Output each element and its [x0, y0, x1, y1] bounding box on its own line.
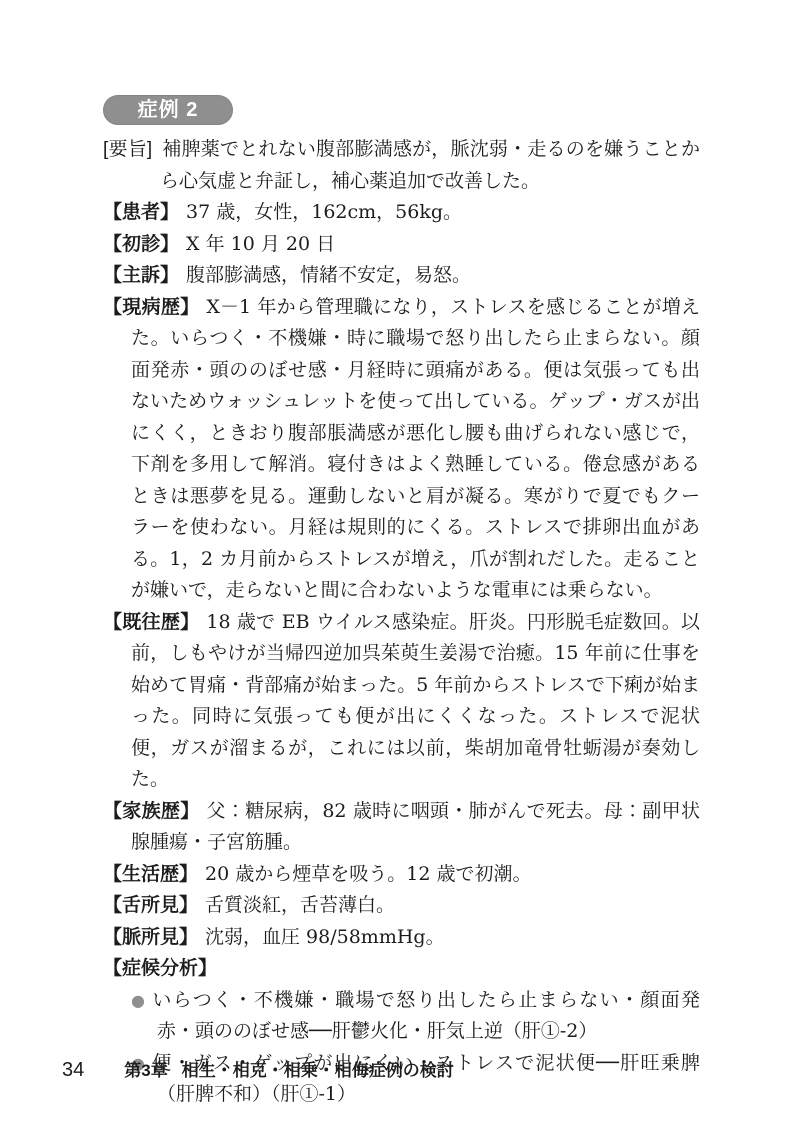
section-summary: [要旨]補脾薬でとれない腹部膨満感が，脈沈弱・走るのを嫌うことから心気虚と弁証し… — [103, 134, 700, 197]
section-label: 【家族歴】 — [103, 801, 200, 822]
section-text: X 年 10 月 20 日 — [186, 233, 335, 255]
bullet-item: ●いらつく・不機嫌・職場で怒り出したら止まらない・顔面発赤・頭ののぼせ感──肝鬱… — [131, 985, 700, 1048]
section-text: X－1 年から管理職になり，ストレスを感じることが増えた。いらつく・不機嫌・時に… — [131, 296, 700, 602]
section-pulse-findings: 【脈所見】沈弱，血圧 98/58mmHg。 — [103, 922, 700, 954]
section-label: 【症候分析】 — [103, 958, 217, 979]
footer-chapter: 第3章相生・相克・相乗・相侮症例の検討 — [124, 1056, 453, 1081]
section-symptom-analysis: 【症候分析】 — [103, 953, 700, 985]
section-chief-complaint: 【主訴】腹部膨満感，情緒不安定，易怒。 — [103, 260, 700, 292]
case-badge: 症例 2 — [103, 95, 233, 125]
section-label: 【舌所見】 — [103, 895, 198, 916]
section-label: 【現病歴】 — [103, 297, 199, 318]
bullet-text: いらつく・不機嫌・職場で怒り出したら止まらない・顔面発赤・頭ののぼせ感──肝鬱火… — [152, 989, 700, 1043]
page-footer: 34 第3章相生・相克・相乗・相侮症例の検討 — [62, 1056, 454, 1082]
section-text: 舌質淡紅，舌苔薄白。 — [205, 894, 395, 916]
section-text: 20 歳から煙草を吸う。12 歳で初潮。 — [205, 863, 531, 885]
footer-chapter-label: 第3章 — [124, 1061, 167, 1080]
sections: [要旨]補脾薬でとれない腹部膨満感が，脈沈弱・走るのを嫌うことから心気虚と弁証し… — [103, 134, 700, 1111]
section-present-illness: 【現病歴】X－1 年から管理職になり，ストレスを感じることが増えた。いらつく・不… — [103, 292, 700, 607]
section-lifestyle-history: 【生活歴】20 歳から煙草を吸う。12 歳で初潮。 — [103, 859, 700, 891]
section-label: 【初診】 — [103, 234, 179, 255]
section-text: 沈弱，血圧 98/58mmHg。 — [205, 926, 445, 948]
section-text: 腹部膨満感，情緒不安定，易怒。 — [186, 264, 471, 286]
section-tongue-findings: 【舌所見】舌質淡紅，舌苔薄白。 — [103, 890, 700, 922]
case-content: 症例 2 [要旨]補脾薬でとれない腹部膨満感が，脈沈弱・走るのを嫌うことから心気… — [103, 95, 700, 1111]
section-first-visit: 【初診】X 年 10 月 20 日 — [103, 229, 700, 261]
section-text: 18 歳で EB ウイルス感染症。肝炎。円形脱毛症数回。以前，しもやけが当帰四逆… — [131, 611, 700, 791]
bullet-icon: ● — [131, 991, 146, 1010]
section-text: 37 歳，女性，162cm，56kg。 — [186, 201, 462, 223]
section-family-history: 【家族歴】父：糖尿病，82 歳時に咽頭・肺がんで死去。母：副甲状腺腫瘍・子宮筋腫… — [103, 796, 700, 859]
section-label: 【脈所見】 — [103, 927, 198, 948]
section-text: 父：糖尿病，82 歳時に咽頭・肺がんで死去。母：副甲状腺腫瘍・子宮筋腫。 — [131, 800, 700, 854]
section-label: 【既往歴】 — [103, 612, 199, 633]
section-text: 補脾薬でとれない腹部膨満感が，脈沈弱・走るのを嫌うことから心気虚と弁証し，補心薬… — [160, 139, 700, 192]
section-past-history: 【既往歴】18 歳で EB ウイルス感染症。肝炎。円形脱毛症数回。以前，しもやけ… — [103, 607, 700, 796]
section-label: 【患者】 — [103, 202, 179, 223]
footer-page-number: 34 — [62, 1059, 84, 1082]
document-page: 症例 2 [要旨]補脾薬でとれない腹部膨満感が，脈沈弱・走るのを嫌うことから心気… — [0, 0, 800, 1135]
section-label: 【生活歴】 — [103, 864, 198, 885]
footer-chapter-title: 相生・相克・相乗・相侮症例の検討 — [182, 1061, 454, 1080]
section-patient: 【患者】37 歳，女性，162cm，56kg。 — [103, 197, 700, 229]
section-label: [要旨] — [103, 139, 152, 160]
section-label: 【主訴】 — [103, 265, 179, 286]
